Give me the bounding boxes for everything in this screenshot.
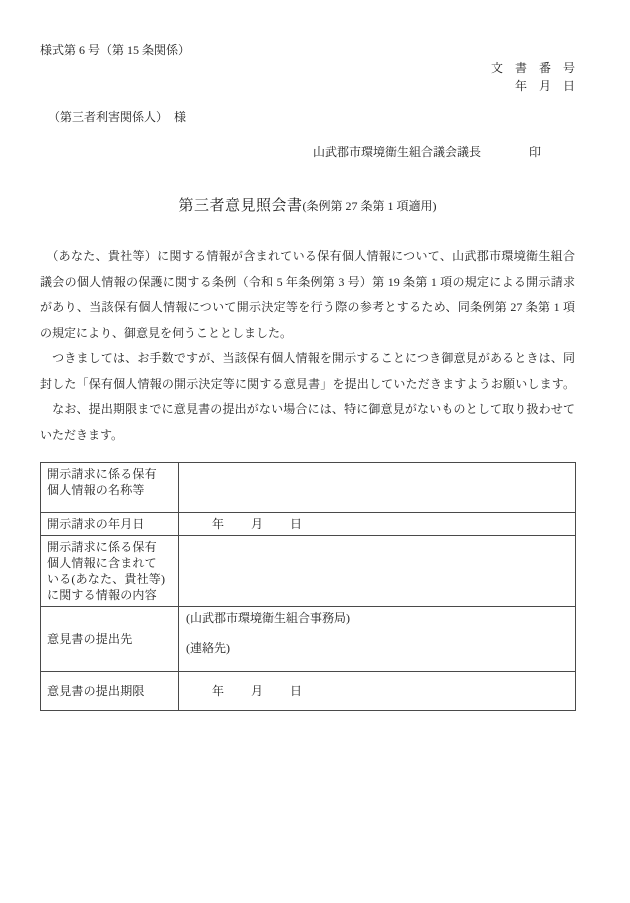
table-row-info-content: 開示請求に係る保有 個人情報に含まれて いる(あなた、貴社等) に関する情報の内… (41, 536, 576, 607)
sender-line: 山武郡市環境衛生組合議会議長印 (40, 145, 575, 159)
row-value: 年 月 日 (179, 672, 576, 711)
table-row-request-date: 開示請求の年月日 年 月 日 (41, 513, 576, 536)
document-page: 様式第 6 号（第 15 条関係） 文 書 番 号 年 月 日 （第三者利害関係… (0, 0, 630, 903)
document-title-qualifier: (条例第 27 条第 1 項適用) (303, 199, 437, 213)
document-number-label: 文 書 番 号 (40, 61, 575, 75)
table-row-held-info-name: 開示請求に係る保有 個人情報の名称等 (41, 463, 576, 513)
date-line: 年 月 日 (40, 79, 580, 93)
seal-mark: 印 (529, 145, 541, 159)
row-value: 年 月 日 (179, 513, 576, 536)
row-label: 意見書の提出先 (41, 607, 179, 672)
body-line: （あなた、貴社等）に関する情報が含まれている保有個人情報について、山武郡市環境衛… (40, 244, 575, 270)
body-line: 封した「保有個人情報の開示決定等に関する意見書」を提出していただきますようお願い… (40, 372, 575, 398)
document-title: 第三者意見照会書(条例第 27 条第 1 項適用) (40, 197, 575, 215)
row-value (179, 536, 576, 607)
body-line: いただきます。 (40, 423, 575, 449)
info-table: 開示請求に係る保有 個人情報の名称等 開示請求の年月日 年 月 日 開示請求に係… (40, 462, 576, 711)
body-line: つきましては、お手数ですが、当該保有個人情報を開示することにつき御意見があるとき… (40, 346, 575, 372)
body-line: なお、提出期限までに意見書の提出がない場合には、特に御意見がないものとして取り扱… (40, 397, 575, 423)
sender-title: 山武郡市環境衛生組合議会議長 (313, 145, 481, 159)
body-text: （あなた、貴社等）に関する情報が含まれている保有個人情報について、山武郡市環境衛… (40, 244, 575, 448)
body-line: の規定により、御意見を伺うこととしました。 (40, 321, 575, 347)
row-label: 開示請求の年月日 (41, 513, 179, 536)
row-value: (山武郡市環境衛生組合事務局) (連絡先) (179, 607, 576, 672)
addressee: （第三者利害関係人） 様 (48, 110, 186, 124)
table-row-submission-deadline: 意見書の提出期限 年 月 日 (41, 672, 576, 711)
body-line: があり、当該保有個人情報について開示決定等を行う際の参考とするため、同条例第 2… (40, 295, 575, 321)
row-value (179, 463, 576, 513)
table-row-submission-destination: 意見書の提出先 (山武郡市環境衛生組合事務局) (連絡先) (41, 607, 576, 672)
row-label: 意見書の提出期限 (41, 672, 179, 711)
body-line: 議会の個人情報の保護に関する条例（令和 5 年条例第 3 号）第 19 条第 1… (40, 270, 575, 296)
row-label: 開示請求に係る保有 個人情報に含まれて いる(あなた、貴社等) に関する情報の内… (41, 536, 179, 607)
form-number: 様式第 6 号（第 15 条関係） (40, 43, 190, 57)
document-title-main: 第三者意見照会書 (178, 198, 302, 214)
row-label: 開示請求に係る保有 個人情報の名称等 (41, 463, 179, 513)
